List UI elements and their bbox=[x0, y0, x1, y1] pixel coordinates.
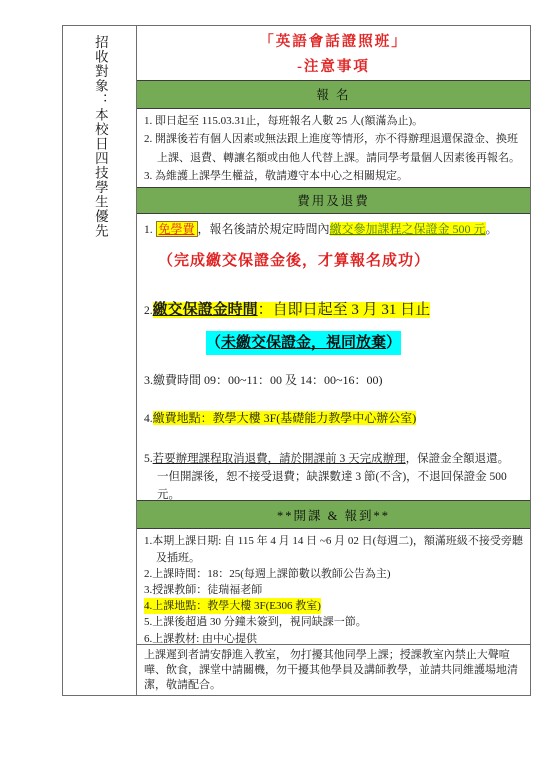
schedule-item-6: 6.上課教材: 由中心提供 bbox=[144, 631, 523, 644]
free-tuition-highlight: 免學費 bbox=[156, 221, 198, 237]
classroom-etiquette-note: 上課遲到者請安靜進入教室， 勿打擾其他同學上課；授課教室內禁止大聲喧嘩、飲食，課… bbox=[137, 644, 530, 695]
section-header-schedule: **開課 & 報到** bbox=[137, 500, 530, 530]
schedule-item-3: 3.授課教師：徒瑞福老師 bbox=[144, 582, 523, 598]
fees-item-5: 5.若要辦理課程取消退費，請於開課前 3 天完成辦理，保證金全額退還。 bbox=[144, 450, 523, 468]
section-schedule: 1.本期上課日期: 自 115 年 4 月 14 日 ~6 月 02 日(每週二… bbox=[137, 529, 530, 644]
notice-title-line2: -注意事項 bbox=[297, 55, 370, 76]
fees-item-1-period: 。 bbox=[486, 222, 498, 236]
notice-content-column: 「英語會話證照班」 -注意事項 報 名 1. 即日起至 115.03.31止，每… bbox=[137, 26, 530, 695]
notice-table: 招收對象：本校日四技學生優先 「英語會話證照班」 -注意事項 報 名 1. 即日… bbox=[62, 25, 531, 696]
forfeit-warning-open: （ bbox=[206, 335, 221, 351]
fees-item-4: 4.繳費地點：教學大樓 3F(基礎能力教學中心辦公室) bbox=[144, 409, 523, 428]
fees-item-1-text: ，報名後請於規定時間內 bbox=[198, 222, 330, 236]
deposit-deadline-value: ：自即日起至 3 月 31 日止 bbox=[258, 302, 431, 318]
deposit-deadline-label: 繳交保證金時間 bbox=[153, 302, 258, 318]
schedule-item-5: 5.上課後超過 30 分鐘未簽到，視同缺課一節。 bbox=[144, 614, 523, 630]
payment-location-highlight: 繳費地點：教學大樓 3F(基礎能力教學中心辦公室) bbox=[153, 411, 417, 425]
signup-item-2: 2. 開課後若有個人因素或無法跟上進度等情形，亦不得辦理退還保證金、換班上課、退… bbox=[144, 130, 523, 167]
schedule-item-1: 1.本期上課日期: 自 115 年 4 月 14 日 ~6 月 02 日(每週二… bbox=[144, 533, 523, 565]
schedule-item-2: 2.上課時間：18：25(每週上課節數以教師公告為主) bbox=[144, 566, 523, 582]
section-signup: 1. 即日起至 115.03.31止，每班報名人數 25 人(額滿為止)。 2.… bbox=[137, 109, 530, 187]
fees-item-2: 2.繳交保證金時間：自即日起至 3 月 31 日止 bbox=[144, 298, 523, 323]
fees-item-3: 3.繳費時間 09：00~11：00 及 14：00~16：00) bbox=[144, 371, 523, 389]
signup-item-1: 1. 即日起至 115.03.31止，每班報名人數 25 人(額滿為止)。 bbox=[144, 112, 523, 131]
cancellation-rule-rest: ，保證金全額退還。 bbox=[406, 453, 510, 465]
section-fees: 1. 免學費，報名後請於規定時間內繳交參加課程之保證金 500 元。 （完成繳交… bbox=[137, 214, 530, 499]
fees-item-1: 1. 免學費，報名後請於規定時間內繳交參加課程之保證金 500 元。 bbox=[144, 219, 523, 240]
fees-item-5-number: 5. bbox=[144, 453, 153, 465]
recruit-target-column: 招收對象：本校日四技學生優先 bbox=[63, 26, 137, 695]
fees-item-2-number: 2. bbox=[144, 305, 153, 317]
forfeit-warning-note: （未繳交保證金，視同放棄） bbox=[206, 331, 401, 355]
fees-item-5-line2: 一但開課後，恕不接受退費；缺課數達 3 節(不含)，不退回保證金 500 元。 bbox=[144, 468, 523, 499]
cancellation-rule-underlined: 若要辦理課程取消退費，請於開課前 3 天完成辦理 bbox=[153, 453, 406, 465]
fees-item-1-number: 1. bbox=[144, 224, 156, 236]
section-header-fees: 費用及退費 bbox=[137, 187, 530, 215]
schedule-item-4-classroom-highlight: 4.上課地點：教學大樓 3F(E306 教室) bbox=[144, 598, 321, 614]
deposit-success-note: （完成繳交保證金後，才算報名成功） bbox=[158, 250, 523, 272]
deposit-amount-highlight: 繳交參加課程之保證金 500 元 bbox=[330, 222, 486, 236]
recruit-target-vertical-text: 招收對象：本校日四技學生優先 bbox=[92, 35, 107, 238]
forfeit-warning-text: 未繳交保證金，視同放棄 bbox=[221, 335, 386, 351]
notice-title-line1: 「英語會話證照班」 bbox=[259, 30, 408, 51]
forfeit-warning-close: ） bbox=[386, 335, 401, 351]
section-header-signup: 報 名 bbox=[137, 80, 530, 109]
signup-item-3: 3. 為維護上課學生權益，敬請遵守本中心之相關規定。 bbox=[144, 167, 523, 186]
fees-item-4-number: 4. bbox=[144, 413, 153, 425]
notice-title: 「英語會話證照班」 -注意事項 bbox=[137, 26, 530, 80]
